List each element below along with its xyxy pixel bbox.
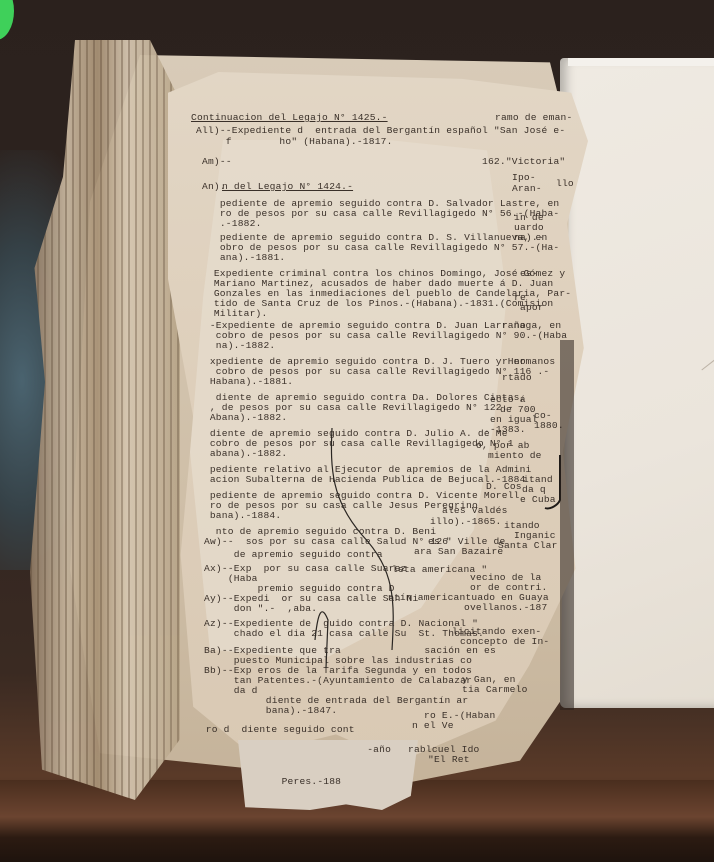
page-gap-shadow: [560, 340, 574, 710]
ink-strokes: [0, 0, 714, 862]
